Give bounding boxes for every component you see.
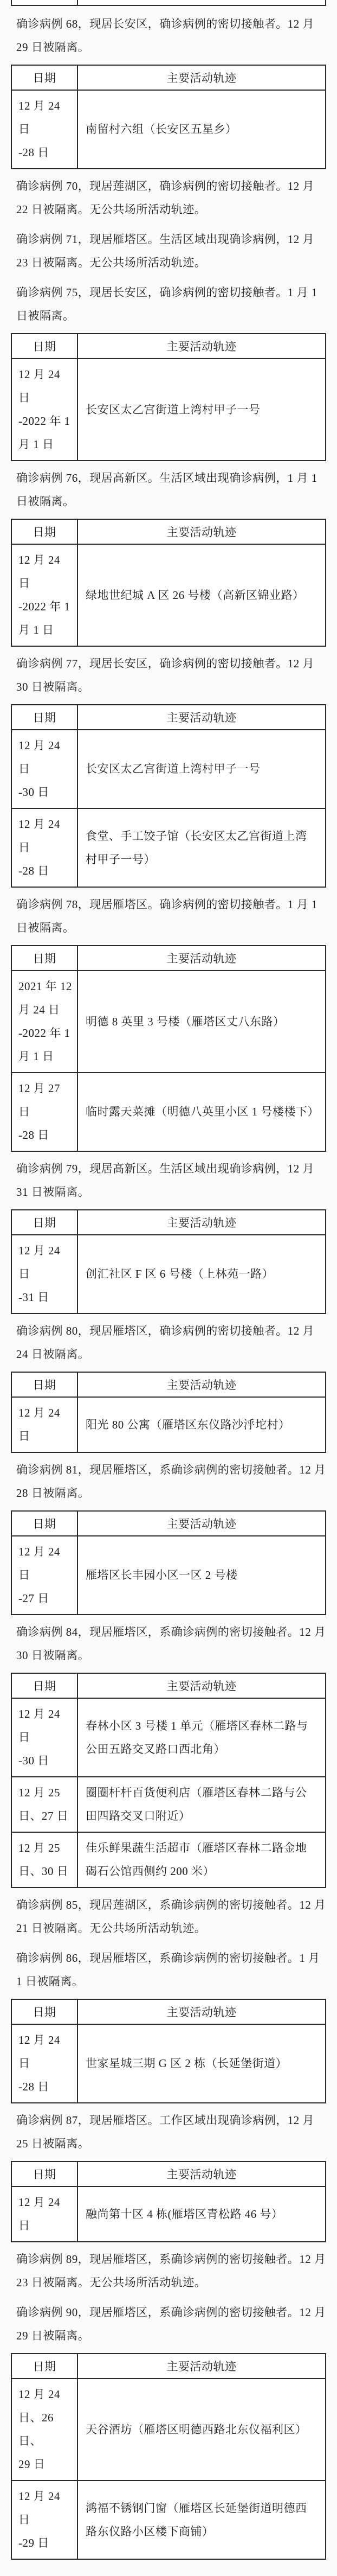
table-header-row: 日期 主要活动轨迹 — [11, 519, 326, 544]
track-detail-cell: 食堂、手工饺子馆（长安区太乙宫街道上湾村甲子一号） — [77, 808, 326, 887]
date-range-cell: 12 月 24 日 -27 日 — [11, 1536, 77, 1615]
track-detail-cell: 南留村六组（长安区五星乡） — [77, 90, 326, 169]
track-column-header: 主要活动轨迹 — [77, 65, 326, 90]
date-range-cell: 12 月 24 日 -30 日 — [11, 730, 77, 808]
date-column-header: 日期 — [11, 705, 77, 730]
table-row: 12 月 24 日 -2022 年 1 月 1 日 绿地世纪城 A 区 26 号… — [11, 544, 326, 646]
case-summary-paragraph: 确诊病例 75，现居长安区，确诊病例的密切接触者。1 月 1 日被隔离。 — [0, 278, 337, 331]
track-detail-cell: 融尚第十区 4 栋(雁塔区青松路 46 号） — [77, 2186, 326, 2242]
date-range-cell: 12 月 24 日 -28 日 — [11, 90, 77, 169]
table-row: 12 月 27 日 -28 日 临时露天菜摊（明德八英里小区 1 号楼楼下） — [11, 1073, 326, 1151]
table-row: 12 月 25 日、30 日 佳乐鲜果蔬生活超市（雁塔区春林二路金地碣石公馆西侧… — [11, 1832, 326, 1888]
activity-track-table: 日期 主要活动轨迹 12 月 24 日 -31 日 创汇社区 F 区 6 号楼（… — [11, 1209, 326, 1314]
date-range-cell: 12 月 24 日 -28 日 — [11, 808, 77, 887]
table-row: 12 月 24 日 -30 日 长安区太乙宫街道上湾村甲子一号 — [11, 730, 326, 808]
track-column-header: 主要活动轨迹 — [77, 519, 326, 544]
case-summary-paragraph: 确诊病例 68，现居长安区，确诊病例的密切接触者。12 月 29 日被隔离。 — [0, 9, 337, 62]
table-header-row: 日期 主要活动轨迹 — [11, 1511, 326, 1536]
date-column-header: 日期 — [11, 2161, 77, 2186]
table-row: 12 月 24 日 -28 日 世家星城三期 G 区 2 栋（长延堡街道） — [11, 2024, 326, 2103]
activity-track-table: 日期 主要活动轨迹 12 月 24 日 阳光 80 公寓（雁塔区东仪路沙泘坨村） — [11, 1372, 326, 1453]
date-column-header: 日期 — [11, 946, 77, 971]
table-row: 12 月 24 日 -29 日 鸿福不锈钢门窗（雁塔区长延堡街道明德西路东仪路小… — [11, 2481, 326, 2559]
track-detail-cell: 天谷酒坊（雁塔区明德西路北东仪福利区） — [77, 2379, 326, 2481]
track-column-header: 主要活动轨迹 — [77, 334, 326, 359]
activity-track-table: 日期 主要活动轨迹 12 月 24 日 -28 日 世家星城三期 G 区 2 栋… — [11, 1999, 326, 2103]
track-detail-cell: 长安区太乙宫街道上湾村甲子一号 — [77, 359, 326, 461]
date-range-cell: 12 月 24 日 -28 日 — [11, 2024, 77, 2103]
track-detail-cell: 圈圈杆杆百货便利店（雁塔区春林二路与公田四路交叉口附近） — [77, 1777, 326, 1832]
track-detail-cell: 春林小区 3 号楼 1 单元（雁塔区春林二路与公田五路交叉路口西北角） — [77, 1698, 326, 1777]
date-range-cell: 12 月 24 日 — [11, 2186, 77, 2242]
track-detail-cell: 绿地世纪城 A 区 26 号楼（高新区锦业路） — [77, 544, 326, 646]
date-column-header: 日期 — [11, 65, 77, 90]
track-column-header: 主要活动轨迹 — [77, 1673, 326, 1698]
date-range-cell: 12 月 24 日 -31 日 — [11, 1235, 77, 1313]
track-detail-cell: 阳光 80 公寓（雁塔区东仪路沙泘坨村） — [77, 1397, 326, 1452]
date-column-header: 日期 — [11, 1511, 77, 1536]
date-range-cell: 12 月 25 日、27 日 — [11, 1777, 77, 1832]
activity-track-table: 日期 主要活动轨迹 12 月 24 日 -2022 年 1 月 1 日 长安区太… — [11, 333, 326, 461]
date-column-header: 日期 — [11, 1999, 77, 2024]
table-row: 2021 年 12 月 24 日 -2022 年 1 月 1 日 明德 8 英里… — [11, 971, 326, 1073]
case-summary-paragraph: 确诊病例 87，现居雁塔区。工作区域出现确诊病例，12 月 25 日被隔离。 — [0, 2106, 337, 2159]
track-column-header: 主要活动轨迹 — [77, 2354, 326, 2379]
table-header-row: 日期 主要活动轨迹 — [11, 65, 326, 90]
table-header-row: 日期 主要活动轨迹 — [11, 1210, 326, 1235]
table-header-row: 日期 主要活动轨迹 — [11, 334, 326, 359]
table-header-row: 日期 主要活动轨迹 — [11, 1673, 326, 1698]
date-range-cell: 12 月 25 日、30 日 — [11, 1832, 77, 1888]
date-range-cell: 12 月 24 日 — [11, 1397, 77, 1452]
table-row: 12 月 24 日 阳光 80 公寓（雁塔区东仪路沙泘坨村） — [11, 1397, 326, 1452]
track-column-header: 主要活动轨迹 — [77, 2161, 326, 2186]
date-range-cell: 12 月 24 日 -29 日 — [11, 2481, 77, 2559]
case-summary-paragraph: 确诊病例 84，现居雁塔区，系确诊病例的密切接触者。12 月 30 日被隔离。 — [0, 1617, 337, 1670]
case-summary-paragraph: 确诊病例 86，现居雁塔区，系确诊病例的密切接触者。1 月 1 日被隔离。 — [0, 1943, 337, 1997]
date-range-cell: 12 月 27 日 -28 日 — [11, 1073, 77, 1151]
table-row: 12 月 24 日 -30 日 春林小区 3 号楼 1 单元（雁塔区春林二路与公… — [11, 1698, 326, 1777]
case-summary-paragraph: 确诊病例 85，现居莲湖区，系确诊病例的密切接触者。12 月 21 日被隔离。无… — [0, 1890, 337, 1943]
table-header-row: 日期 主要活动轨迹 — [11, 1999, 326, 2024]
activity-track-table: 日期 主要活动轨迹 12 月 24 日 融尚第十区 4 栋(雁塔区青松路 46 … — [11, 2161, 326, 2242]
activity-track-table: 日期 主要活动轨迹 12 月 24 日 -2022 年 1 月 1 日 绿地世纪… — [11, 519, 326, 647]
date-column-header: 日期 — [11, 2354, 77, 2379]
case-summary-paragraph: 确诊病例 70，现居莲湖区，确诊病例的密切接触者。12 月 22 日被隔离。无公… — [0, 171, 337, 225]
date-column-divider — [77, 0, 78, 5]
date-range-cell: 12 月 24 日 -30 日 — [11, 1698, 77, 1777]
table-row: 12 月 24 日、26 日、 29 日 天谷酒坊（雁塔区明德西路北东仪福利区） — [11, 2379, 326, 2481]
date-column-header: 日期 — [11, 1210, 77, 1235]
activity-track-table: 日期 主要活动轨迹 12 月 24 日 -27 日 雁塔区长丰园小区一区 2 号… — [11, 1510, 326, 1615]
table-row: 12 月 24 日 -31 日 创汇社区 F 区 6 号楼（上林苑一路） — [11, 1235, 326, 1313]
track-detail-cell: 长安区太乙宫街道上湾村甲子一号 — [77, 730, 326, 808]
date-column-header: 日期 — [11, 334, 77, 359]
date-range-cell: 12 月 24 日 -2022 年 1 月 1 日 — [11, 359, 77, 461]
track-detail-cell: 世家星城三期 G 区 2 栋（长延堡街道） — [77, 2024, 326, 2103]
track-column-header: 主要活动轨迹 — [77, 1999, 326, 2024]
date-range-cell: 2021 年 12 月 24 日 -2022 年 1 月 1 日 — [11, 971, 77, 1073]
track-detail-cell: 明德 8 英里 3 号楼（雁塔区丈八东路） — [77, 971, 326, 1073]
case-summary-paragraph: 确诊病例 78，现居雁塔区。确诊病例的密切接触者。1 月 1 日被隔离。 — [0, 890, 337, 943]
track-column-header: 主要活动轨迹 — [77, 1511, 326, 1536]
activity-track-table: 日期 主要活动轨迹 12 月 24 日、26 日、 29 日 天谷酒坊（雁塔区明… — [11, 2353, 326, 2560]
table-header-row: 日期 主要活动轨迹 — [11, 2161, 326, 2186]
track-detail-cell: 雁塔区长丰园小区一区 2 号楼 — [77, 1536, 326, 1615]
case-summary-paragraph: 确诊病例 80，现居雁塔区，确诊病例的密切接触者。12 月 24 日被隔离。 — [0, 1316, 337, 1369]
date-column-header: 日期 — [11, 1372, 77, 1397]
activity-track-table: 日期 主要活动轨迹 12 月 24 日 -28 日 南留村六组（长安区五星乡） — [11, 65, 326, 169]
date-column-header: 日期 — [11, 1673, 77, 1698]
track-detail-cell: 鸿福不锈钢门窗（雁塔区长延堡街道明德西路东仪路小区楼下商铺） — [77, 2481, 326, 2559]
track-column-header: 主要活动轨迹 — [77, 1372, 326, 1397]
case-summary-paragraph: 确诊病例 76，现居高新区。生活区域出现确诊病例，1 月 1 日被隔离。 — [0, 463, 337, 517]
table-row: 12 月 24 日 融尚第十区 4 栋(雁塔区青松路 46 号） — [11, 2186, 326, 2242]
track-column-header: 主要活动轨迹 — [77, 946, 326, 971]
table-header-row: 日期 主要活动轨迹 — [11, 1372, 326, 1397]
track-column-header: 主要活动轨迹 — [77, 1210, 326, 1235]
table-header-row: 日期 主要活动轨迹 — [11, 705, 326, 730]
case-summary-paragraph: 确诊病例 71，现居雁塔区。生活区域出现确诊病例，12 月 23 日被隔离。无公… — [0, 225, 337, 278]
table-header-row: 日期 主要活动轨迹 — [11, 2354, 326, 2379]
table-row: 12 月 25 日、27 日 圈圈杆杆百货便利店（雁塔区春林二路与公田四路交叉口… — [11, 1777, 326, 1832]
case-summary-paragraph: 确诊病例 81，现居雁塔区，系确诊病例的密切接触者。12 月 28 日被隔离。 — [0, 1455, 337, 1508]
table-row: 12 月 24 日 -28 日 食堂、手工饺子馆（长安区太乙宫街道上湾村甲子一号… — [11, 808, 326, 887]
track-detail-cell: 临时露天菜摊（明德八英里小区 1 号楼楼下） — [77, 1073, 326, 1151]
document-page: 确诊病例 68，现居长安区，确诊病例的密切接触者。12 月 29 日被隔离。 日… — [0, 0, 337, 2576]
date-range-cell: 12 月 24 日 -2022 年 1 月 1 日 — [11, 544, 77, 646]
track-column-header: 主要活动轨迹 — [77, 705, 326, 730]
track-detail-cell: 佳乐鲜果蔬生活超市（雁塔区春林二路金地碣石公馆西侧约 200 米） — [77, 1832, 326, 1888]
case-summary-paragraph: 确诊病例 89，现居雁塔区，系确诊病例的密切接触者。12 月 23 日被隔离。无… — [0, 2245, 337, 2298]
case-summary-paragraph: 确诊病例 79，现居高新区。生活区域出现确诊病例，12 月 31 日被隔离。 — [0, 1154, 337, 1207]
case-summary-paragraph: 确诊病例 77，现居长安区，确诊病例的密切接触者。12 月 30 日被隔离。 — [0, 649, 337, 702]
date-range-cell: 12 月 24 日、26 日、 29 日 — [11, 2379, 77, 2481]
table-header-row: 日期 主要活动轨迹 — [11, 946, 326, 971]
activity-track-table: 日期 主要活动轨迹 12 月 24 日 -30 日 春林小区 3 号楼 1 单元… — [11, 1673, 326, 1888]
track-detail-cell: 创汇社区 F 区 6 号楼（上林苑一路） — [77, 1235, 326, 1313]
date-column-header: 日期 — [11, 519, 77, 544]
table-row: 12 月 24 日 -28 日 南留村六组（长安区五星乡） — [11, 90, 326, 169]
activity-track-table: 日期 主要活动轨迹 2021 年 12 月 24 日 -2022 年 1 月 1… — [11, 945, 326, 1152]
previous-table-bottom-remnant — [11, 0, 326, 6]
table-row: 12 月 24 日 -2022 年 1 月 1 日 长安区太乙宫街道上湾村甲子一… — [11, 359, 326, 461]
case-summary-paragraph: 确诊病例 90，现居雁塔区，系确诊病例的密切接触者。12 月 29 日被隔离。 — [0, 2298, 337, 2351]
activity-track-table: 日期 主要活动轨迹 12 月 24 日 -30 日 长安区太乙宫街道上湾村甲子一… — [11, 704, 326, 888]
table-row: 12 月 24 日 -27 日 雁塔区长丰园小区一区 2 号楼 — [11, 1536, 326, 1615]
